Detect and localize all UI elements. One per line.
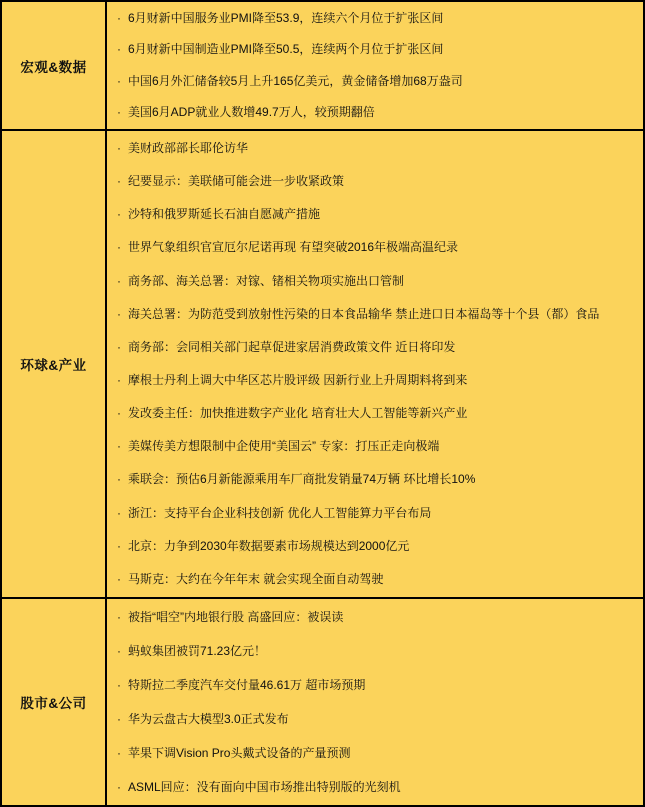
bullet-icon: · [117,746,121,761]
news-text: 马斯克：大约在今年年末 就会实现全面自动驾驶 [128,572,383,587]
news-text: 特斯拉二季度汽车交付量46.61万 超市场预期 [128,678,365,693]
bullet-icon: · [117,439,121,454]
bullet-icon: · [117,406,121,421]
section-label: 股市&公司 [20,692,86,712]
bullet-icon: · [117,506,121,521]
news-text: 商务部、海关总署：对镓、锗相关物项实施出口管制 [128,274,404,289]
news-item: · 蚂蚁集团被罚71.23亿元！ [107,634,639,668]
bullet-icon: · [117,373,121,388]
bullet-icon: · [117,274,121,289]
section-label: 宏观&数据 [20,56,86,76]
bullet-icon: · [117,644,121,659]
section-label: 环球&产业 [20,354,86,374]
news-digest-table: 宏观&数据 · 6月财新中国服务业PMI降至53.9，连续六个月位于扩张区间 ·… [0,0,645,807]
news-item: · 商务部、海关总署：对镓、锗相关物项实施出口管制 [107,265,639,298]
news-item: · 苹果下调Vision Pro头戴式设备的产量预测 [107,736,639,770]
section-global-items: · 美财政部部长耶伦访华 · 纪要显示：美联储可能会进一步收紧政策 · 沙特和俄… [107,131,643,597]
news-item: · 沙特和俄罗斯延长石油自愿减产措施 [107,198,639,231]
news-item: · 被指“唱空”内地银行股 高盛回应：被误读 [107,600,639,634]
news-item: · 摩根士丹利上调大中华区芯片股评级 因新行业上升周期料将到来 [107,364,639,397]
news-item: · 美国6月ADP就业人数增49.7万人，较预期翻倍 [107,97,639,128]
news-item: · 纪要显示：美联储可能会进一步收紧政策 [107,165,639,198]
news-text: 世界气象组织官宣厄尔尼诺再现 有望突破2016年极端高温纪录 [128,240,458,255]
news-item: · 海关总署：为防范受到放射性污染的日本食品输华 禁止进口日本福岛等十个县（都）… [107,298,639,331]
bullet-icon: · [117,539,121,554]
news-text: ASML回应：没有面向中国市场推出特别版的光刻机 [128,780,401,795]
news-text: 被指“唱空”内地银行股 高盛回应：被误读 [128,610,343,625]
bullet-icon: · [117,340,121,355]
bullet-icon: · [117,42,121,57]
section-macro-items: · 6月财新中国服务业PMI降至53.9，连续六个月位于扩张区间 · 6月财新中… [107,2,643,129]
news-item: · 6月财新中国服务业PMI降至53.9，连续六个月位于扩张区间 [107,3,639,34]
news-item: · 特斯拉二季度汽车交付量46.61万 超市场预期 [107,668,639,702]
news-text: 美国6月ADP就业人数增49.7万人，较预期翻倍 [128,105,375,120]
news-item: · 世界气象组织官宣厄尔尼诺再现 有望突破2016年极端高温纪录 [107,231,639,264]
news-item: · 美财政部部长耶伦访华 [107,132,639,165]
news-item: · 乘联会：预估6月新能源乘用车厂商批发销量74万辆 环比增长10% [107,463,639,496]
bullet-icon: · [117,610,121,625]
bullet-icon: · [117,472,121,487]
news-text: 纪要显示：美联储可能会进一步收紧政策 [128,174,344,189]
news-item: · 浙江：支持平台企业科技创新 优化人工智能算力平台布局 [107,497,639,530]
news-text: 海关总署：为防范受到放射性污染的日本食品输华 禁止进口日本福岛等十个县（都）食品 [128,307,599,322]
news-text: 美媒传美方想限制中企使用“美国云” 专家：打压正走向极端 [128,439,439,454]
news-text: 商务部：会同相关部门起草促进家居消费政策文件 近日将印发 [128,340,455,355]
news-text: 摩根士丹利上调大中华区芯片股评级 因新行业上升周期料将到来 [128,373,467,388]
bullet-icon: · [117,307,121,322]
news-text: 美财政部部长耶伦访华 [128,141,248,156]
section-stock-items: · 被指“唱空”内地银行股 高盛回应：被误读 · 蚂蚁集团被罚71.23亿元！ … [107,599,643,805]
news-item: · 北京：力争到2030年数据要素市场规模达到2000亿元 [107,530,639,563]
news-item: · 发改委主任：加快推进数字产业化 培育壮大人工智能等新兴产业 [107,397,639,430]
bullet-icon: · [117,174,121,189]
bullet-icon: · [117,105,121,120]
news-item: · 6月财新中国制造业PMI降至50.5，连续两个月位于扩张区间 [107,34,639,65]
news-text: 苹果下调Vision Pro头戴式设备的产量预测 [128,746,350,761]
news-item: · 华为云盘古大模型3.0正式发布 [107,702,639,736]
news-item: · 美媒传美方想限制中企使用“美国云” 专家：打压正走向极端 [107,430,639,463]
news-text: 北京：力争到2030年数据要素市场规模达到2000亿元 [128,539,409,554]
bullet-icon: · [117,11,121,26]
section-stock-company: 股市&公司 · 被指“唱空”内地银行股 高盛回应：被误读 · 蚂蚁集团被罚71.… [2,597,643,805]
section-macro-label-cell: 宏观&数据 [2,2,107,129]
news-item: · ASML回应：没有面向中国市场推出特别版的光刻机 [107,770,639,804]
bullet-icon: · [117,678,121,693]
section-global-label-cell: 环球&产业 [2,131,107,597]
news-text: 乘联会：预估6月新能源乘用车厂商批发销量74万辆 环比增长10% [128,472,475,487]
bullet-icon: · [117,141,121,156]
news-text: 浙江：支持平台企业科技创新 优化人工智能算力平台布局 [128,506,431,521]
bullet-icon: · [117,207,121,222]
news-item: · 中国6月外汇储备较5月上升165亿美元，黄金储备增加68万盎司 [107,66,639,97]
bullet-icon: · [117,780,121,795]
news-text: 华为云盘古大模型3.0正式发布 [128,712,289,727]
section-macro-data: 宏观&数据 · 6月财新中国服务业PMI降至53.9，连续六个月位于扩张区间 ·… [2,2,643,129]
section-stock-label-cell: 股市&公司 [2,599,107,805]
bullet-icon: · [117,712,121,727]
news-text: 发改委主任：加快推进数字产业化 培育壮大人工智能等新兴产业 [128,406,467,421]
news-text: 蚂蚁集团被罚71.23亿元！ [128,644,266,659]
bullet-icon: · [117,572,121,587]
news-text: 中国6月外汇储备较5月上升165亿美元，黄金储备增加68万盎司 [128,74,463,89]
news-text: 沙特和俄罗斯延长石油自愿减产措施 [128,207,320,222]
section-global-industry: 环球&产业 · 美财政部部长耶伦访华 · 纪要显示：美联储可能会进一步收紧政策 … [2,129,643,597]
bullet-icon: · [117,240,121,255]
bullet-icon: · [117,74,121,89]
news-text: 6月财新中国服务业PMI降至53.9，连续六个月位于扩张区间 [128,11,443,26]
news-text: 6月财新中国制造业PMI降至50.5，连续两个月位于扩张区间 [128,42,443,57]
news-item: · 马斯克：大约在今年年末 就会实现全面自动驾驶 [107,563,639,596]
news-item: · 商务部：会同相关部门起草促进家居消费政策文件 近日将印发 [107,331,639,364]
